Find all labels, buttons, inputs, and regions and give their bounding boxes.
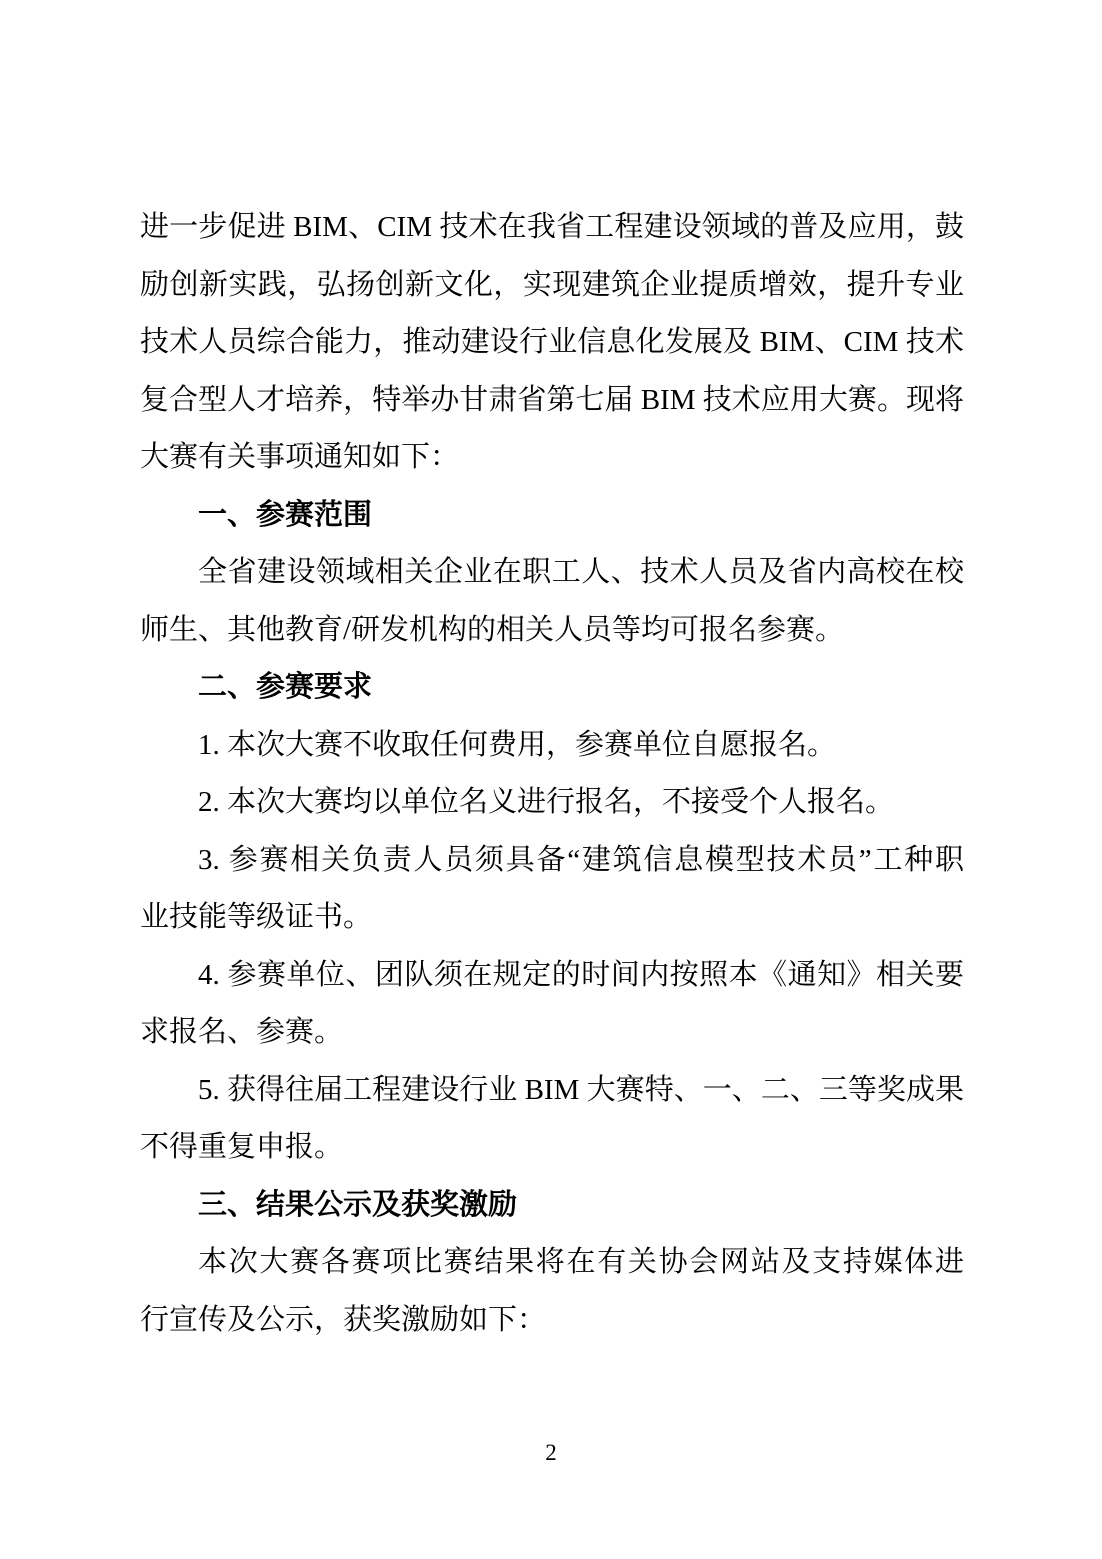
text-line: 行宣传及公示，获奖激励如下： bbox=[140, 1292, 964, 1350]
text-line: 不得重复申报。 bbox=[140, 1119, 964, 1177]
text-line: 业技能等级证书。 bbox=[140, 889, 964, 947]
list-item: 1. 本次大赛不收取任何费用，参赛单位自愿报名。 bbox=[140, 717, 964, 775]
page-number: 2 bbox=[0, 1438, 1102, 1468]
text-line: 求报名、参赛。 bbox=[140, 1004, 964, 1062]
list-item: 3. 参赛相关负责人员须具备“建筑信息模型技术员”工种职 bbox=[140, 832, 964, 890]
document-page: 进一步促进 BIM、CIM 技术在我省工程建设领域的普及应用，鼓 励创新实践，弘… bbox=[0, 0, 1102, 1559]
document-body: 进一步促进 BIM、CIM 技术在我省工程建设领域的普及应用，鼓 励创新实践，弘… bbox=[140, 199, 964, 1349]
list-item: 5. 获得往届工程建设行业 BIM 大赛特、一、二、三等奖成果 bbox=[140, 1062, 964, 1120]
text-line: 励创新实践，弘扬创新文化，实现建筑企业提质增效，提升专业 bbox=[140, 257, 964, 315]
text-line: 师生、其他教育/研发机构的相关人员等均可报名参赛。 bbox=[140, 602, 964, 660]
text-line: 技术人员综合能力，推动建设行业信息化发展及 BIM、CIM 技术 bbox=[140, 314, 964, 372]
section-heading: 二、参赛要求 bbox=[140, 659, 964, 717]
text-line: 复合型人才培养，特举办甘肃省第七届 BIM 技术应用大赛。现将 bbox=[140, 372, 964, 430]
text-line: 进一步促进 BIM、CIM 技术在我省工程建设领域的普及应用，鼓 bbox=[140, 199, 964, 257]
list-item: 2. 本次大赛均以单位名义进行报名，不接受个人报名。 bbox=[140, 774, 964, 832]
text-line: 全省建设领域相关企业在职工人、技术人员及省内高校在校 bbox=[140, 544, 964, 602]
section-heading: 三、结果公示及获奖激励 bbox=[140, 1177, 964, 1235]
text-line: 本次大赛各赛项比赛结果将在有关协会网站及支持媒体进 bbox=[140, 1234, 964, 1292]
list-item: 4. 参赛单位、团队须在规定的时间内按照本《通知》相关要 bbox=[140, 947, 964, 1005]
section-heading: 一、参赛范围 bbox=[140, 487, 964, 545]
text-line: 大赛有关事项通知如下： bbox=[140, 429, 964, 487]
